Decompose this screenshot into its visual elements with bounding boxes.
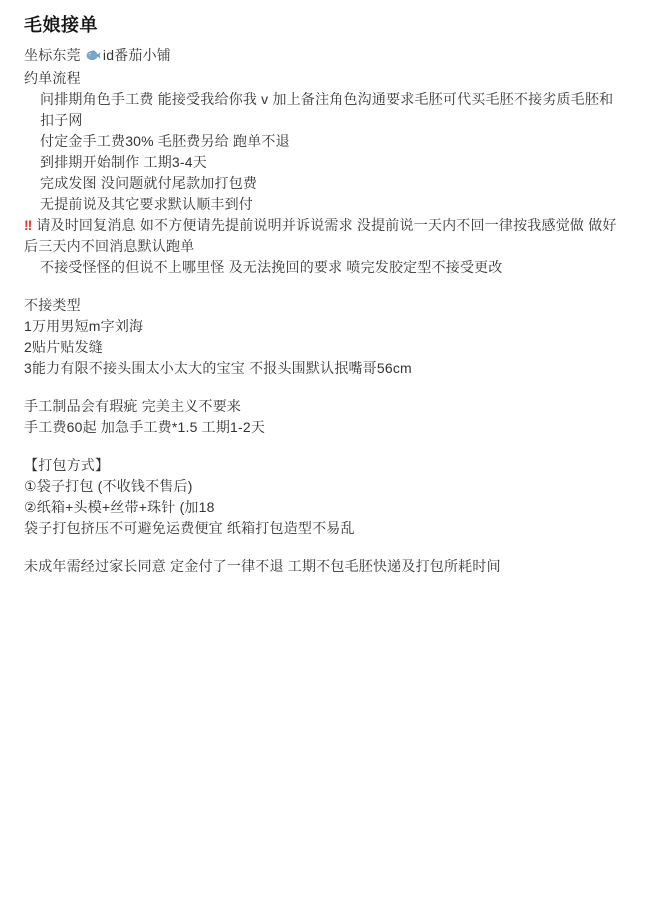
line-text: 2贴片贴发缝 xyxy=(24,339,103,355)
line-text: 3能力有限不接头围太小太大的宝宝 不报头围默认抿嘴哥56cm xyxy=(24,360,412,376)
text-line: 付定金手工费30% 毛胚费另给 跑单不退 xyxy=(24,131,626,152)
line-text: 问排期角色手工费 能接受我给你我 v 加上备注角色沟通要求毛胚可代买毛胚不接劣质… xyxy=(40,91,613,128)
text-line: 不接类型 xyxy=(24,295,626,316)
line-text: 手工费60起 加急手工费*1.5 工期1-2天 xyxy=(24,419,265,435)
text-line: 手工制品会有瑕疵 完美主义不要来 xyxy=(24,396,626,417)
text-line: 无提前说及其它要求默认顺丰到付 xyxy=(24,194,626,215)
text-line: !!请及时回复消息 如不方便请先提前说明并诉说需求 没提前说一天内不回一律按我感… xyxy=(24,215,626,257)
text-line: 手工费60起 加急手工费*1.5 工期1-2天 xyxy=(24,417,626,438)
text-line: ②纸箱+头模+丝带+珠针 (加18 xyxy=(24,497,626,518)
fish-icon xyxy=(86,47,101,68)
spacer xyxy=(24,379,626,396)
line-text: 不接类型 xyxy=(24,297,81,313)
text-line: 袋子打包挤压不可避免运费便宜 纸箱打包造型不易乱 xyxy=(24,518,626,539)
line-text: 1万用男短m字刘海 xyxy=(24,318,143,334)
line-text: 不接受怪怪的但说不上哪里怪 及无法挽回的要求 喷完发胶定型不接受更改 xyxy=(40,259,503,275)
line-text: 袋子打包挤压不可避免运费便宜 纸箱打包造型不易乱 xyxy=(24,520,355,536)
text-line: 未成年需经过家长同意 定金付了一律不退 工期不包毛胚快递及打包所耗时间 xyxy=(24,556,626,577)
line-text: ①袋子打包 (不收钱不售后) xyxy=(24,478,193,494)
line-text: 【打包方式】 xyxy=(24,457,109,473)
text-line: 【打包方式】 xyxy=(24,455,626,476)
text-line: 1万用男短m字刘海 xyxy=(24,316,626,337)
line-text: 无提前说及其它要求默认顺丰到付 xyxy=(40,196,253,212)
note-page: 毛娘接单 坐标东莞 id番茄小铺 约单流程问排期角色手工费 能接受我给你我 v … xyxy=(0,0,650,920)
line-text: 未成年需经过家长同意 定金付了一律不退 工期不包毛胚快递及打包所耗时间 xyxy=(24,558,501,574)
line-text: 手工制品会有瑕疵 完美主义不要来 xyxy=(24,398,241,414)
spacer xyxy=(24,438,626,455)
text-line: 3能力有限不接头围太小太大的宝宝 不报头围默认抿嘴哥56cm xyxy=(24,358,626,379)
location-prefix: 坐标东莞 xyxy=(24,47,85,63)
location-line: 坐标东莞 id番茄小铺 xyxy=(24,45,626,68)
line-text: 付定金手工费30% 毛胚费另给 跑单不退 xyxy=(40,133,290,149)
text-line: 约单流程 xyxy=(24,68,626,89)
text-line: 到排期开始制作 工期3-4天 xyxy=(24,152,626,173)
location-suffix: id番茄小铺 xyxy=(103,47,171,63)
line-text: 到排期开始制作 工期3-4天 xyxy=(40,154,207,170)
text-line: 问排期角色手工费 能接受我给你我 v 加上备注角色沟通要求毛胚可代买毛胚不接劣质… xyxy=(24,89,626,131)
text-line: 2贴片贴发缝 xyxy=(24,337,626,358)
text-line: ①袋子打包 (不收钱不售后) xyxy=(24,476,626,497)
text-line: 不接受怪怪的但说不上哪里怪 及无法挽回的要求 喷完发胶定型不接受更改 xyxy=(24,257,626,278)
text-line: 完成发图 没问题就付尾款加打包费 xyxy=(24,173,626,194)
page-title: 毛娘接单 xyxy=(24,13,626,38)
line-text: 请及时回复消息 如不方便请先提前说明并诉说需求 没提前说一天内不回一律按我感觉做… xyxy=(24,217,617,254)
spacer xyxy=(24,278,626,295)
content-lines: 约单流程问排期角色手工费 能接受我给你我 v 加上备注角色沟通要求毛胚可代买毛胚… xyxy=(24,68,626,577)
spacer xyxy=(24,539,626,556)
double-exclamation-icon: !! xyxy=(24,217,31,233)
line-text: ②纸箱+头模+丝带+珠针 (加18 xyxy=(24,499,215,515)
line-text: 约单流程 xyxy=(24,70,81,86)
line-text: 完成发图 没问题就付尾款加打包费 xyxy=(40,175,257,191)
